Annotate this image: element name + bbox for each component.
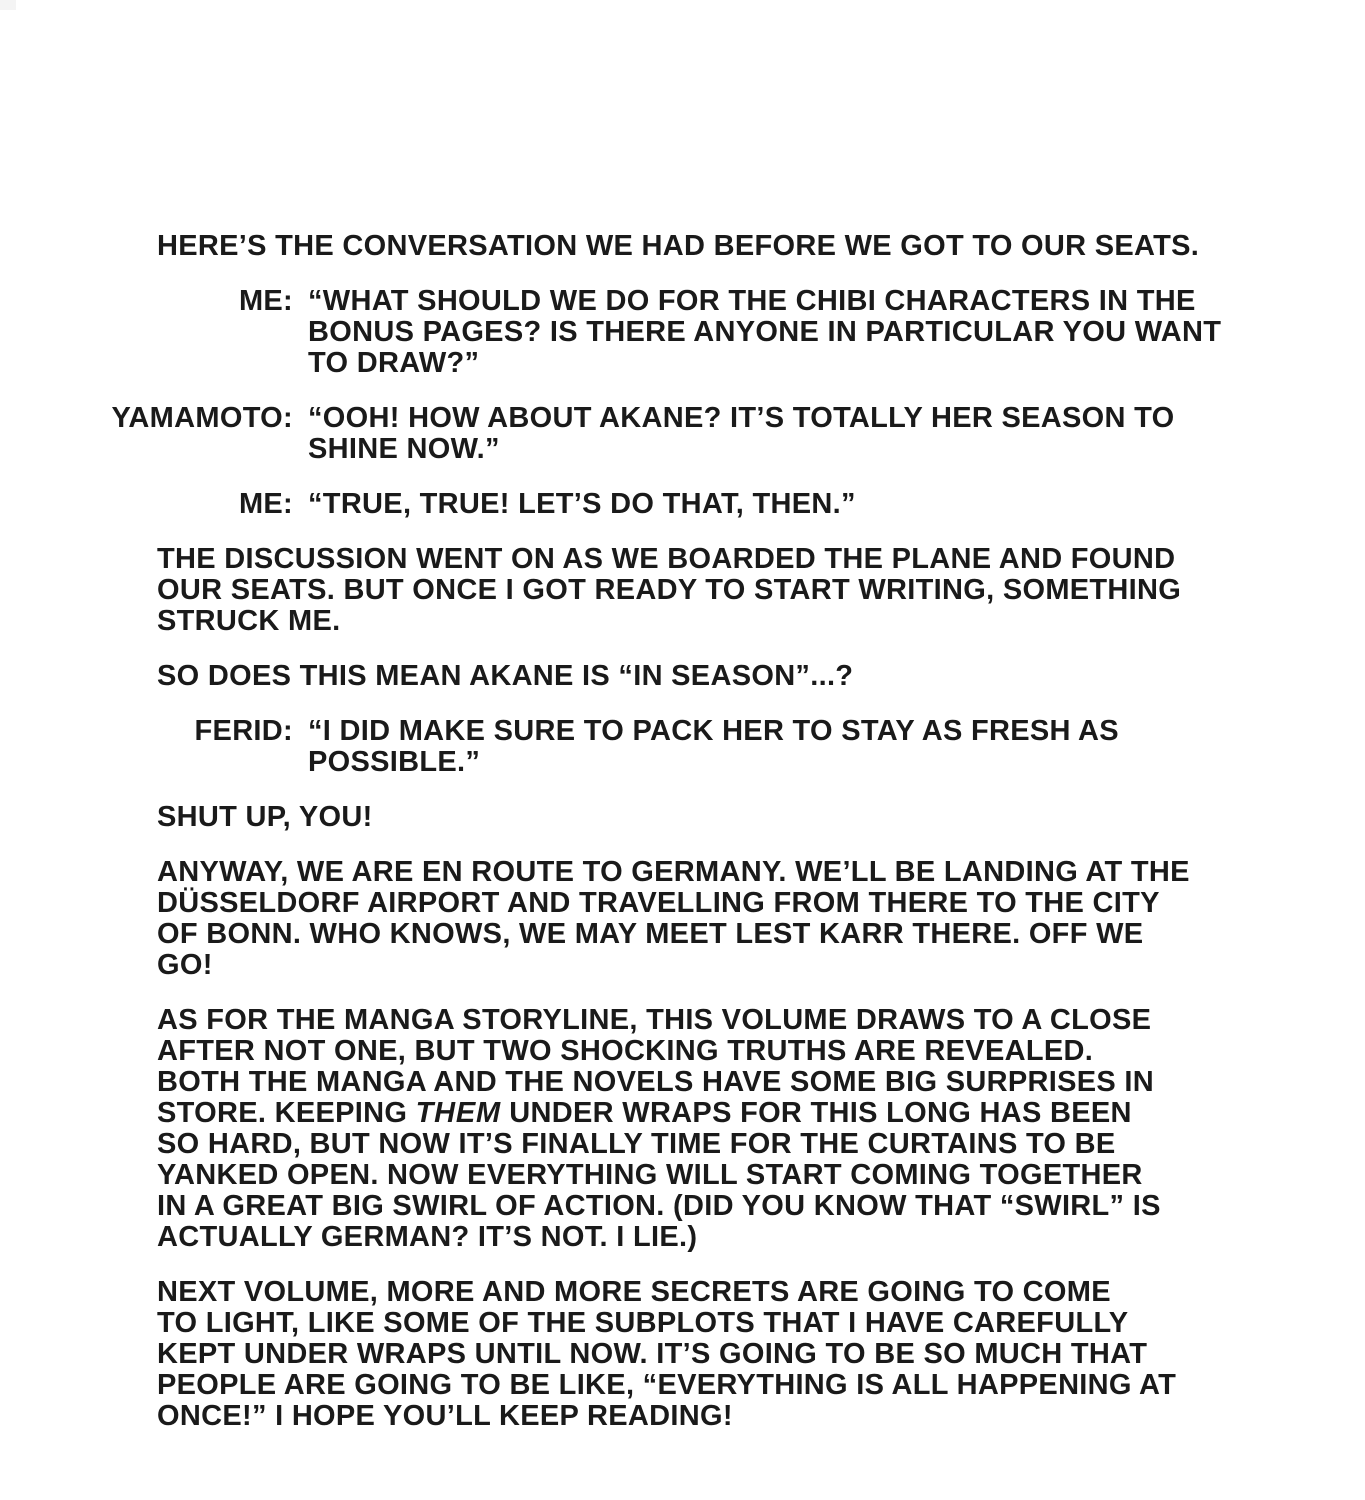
dialogue-me-2: ME: “TRUE, TRUE! LET’S DO THAT, THEN.” (0, 489, 1365, 520)
dialogue-quote: “OOH! HOW ABOUT AKANE? IT’S TOTALLY HER … (308, 403, 1174, 465)
manga-afterword-page: HERE’S THE CONVERSATION WE HAD BEFORE WE… (0, 0, 1365, 1500)
scan-artifact (0, 0, 16, 10)
paragraph-next-volume: NEXT VOLUME, MORE AND MORE SECRETS ARE G… (157, 1277, 1365, 1432)
paragraph-storyline: AS FOR THE MANGA STORYLINE, THIS VOLUME … (157, 1005, 1365, 1253)
dialogue-yamamoto: YAMAMOTO: “OOH! HOW ABOUT AKANE? IT’S TO… (0, 403, 1365, 465)
intro-line: HERE’S THE CONVERSATION WE HAD BEFORE WE… (157, 231, 1365, 262)
dialogue-speaker: YAMAMOTO: (0, 403, 293, 465)
dialogue-quote: “WHAT SHOULD WE DO FOR THE CHIBI CHARACT… (308, 286, 1221, 379)
dialogue-me-1: ME: “WHAT SHOULD WE DO FOR THE CHIBI CHA… (0, 286, 1365, 379)
dialogue-speaker: ME: (0, 489, 293, 520)
afterword-text-block: HERE’S THE CONVERSATION WE HAD BEFORE WE… (0, 231, 1365, 1456)
paragraph-shut-up: SHUT UP, YOU! (157, 802, 1365, 833)
paragraph-in-season: SO DOES THIS MEAN AKANE IS “IN SEASON”..… (157, 661, 1365, 692)
paragraph-germany-trip: ANYWAY, WE ARE EN ROUTE TO GERMANY. WE’L… (157, 857, 1365, 981)
paragraph-discussion: THE DISCUSSION WENT ON AS WE BOARDED THE… (157, 544, 1365, 637)
dialogue-speaker: ME: (0, 286, 293, 379)
dialogue-speaker: FERID: (0, 716, 293, 778)
dialogue-quote: “I DID MAKE SURE TO PACK HER TO STAY AS … (308, 716, 1119, 778)
storyline-emphasis-them: THEM (416, 1097, 501, 1129)
dialogue-quote: “TRUE, TRUE! LET’S DO THAT, THEN.” (308, 489, 856, 520)
dialogue-ferid: FERID: “I DID MAKE SURE TO PACK HER TO S… (0, 716, 1365, 778)
